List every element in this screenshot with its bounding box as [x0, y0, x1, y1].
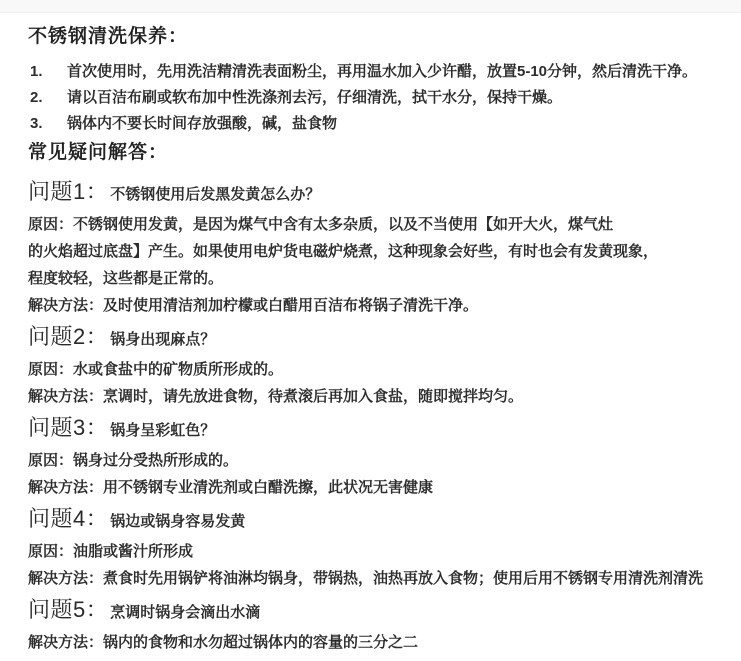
faq-cause-line: 程度较轻，这些都是正常的。	[28, 270, 733, 287]
care-list: 1. 首次使用时，先用洗洁精清洗表面粉尘，再用温水加入少许醋，放置5-10分钟，…	[30, 63, 733, 132]
faq-cause-line: 原因：水或食盐中的矿物质所形成的。	[28, 361, 733, 378]
faq-question-text: 烹调时锅身会滴出水滴	[110, 604, 260, 621]
faq-question-line: 问题3：锅身呈彩虹色？	[28, 415, 733, 444]
faq-question-line: 问题1：不锈钢使用后发黑发黄怎么办？	[28, 179, 733, 208]
care-section-title: 不锈钢清洗保养：	[28, 25, 733, 49]
faq-solution-line: 解决方法：烹调时，请先放进食物，待煮滚后再加入食盐，随即搅拌均匀。	[28, 388, 733, 405]
faq-solution-line: 解决方法：用不锈钢专业清洗剂或白醋洗擦，此状况无害健康	[28, 479, 733, 496]
faq-question-label: 问题4：	[28, 506, 108, 531]
faq-item-3: 问题3：锅身呈彩虹色？ 原因：锅身过分受热所形成的。 解决方法：用不锈钢专业清洗…	[28, 415, 733, 496]
faq-cause-line: 原因：锅身过分受热所形成的。	[28, 452, 733, 469]
faq-section-title: 常见疑问解答：	[28, 141, 733, 165]
faq-question-label: 问题5：	[28, 597, 108, 622]
faq-question-text: 锅边或锅身容易发黄	[110, 513, 245, 530]
faq-solution-line: 解决方法：及时使用清洁剂加柠檬或白醋用百洁布将锅子清洗干净。	[28, 297, 733, 314]
faq-question-text: 不锈钢使用后发黑发黄怎么办？	[110, 186, 320, 203]
care-item-number: 2.	[30, 89, 67, 106]
faq-item-5: 问题5：烹调时锅身会滴出水滴 解决方法：锅内的食物和水勿超过锅体内的容量的三分之…	[28, 597, 733, 651]
faq-question-line: 问题2：锅身出现麻点？	[28, 324, 733, 353]
content-area: 不锈钢清洗保养： 1. 首次使用时，先用洗洁精清洗表面粉尘，再用温水加入少许醋，…	[0, 13, 741, 651]
care-item-1: 1. 首次使用时，先用洗洁精清洗表面粉尘，再用温水加入少许醋，放置5-10分钟，…	[30, 63, 733, 80]
faq-question-label: 问题2：	[28, 324, 108, 349]
faq-question-text: 锅身呈彩虹色？	[110, 422, 215, 439]
faq-solution-line: 解决方法：煮食时先用锅铲将油淋均锅身，带锅热，油热再放入食物；使用后用不锈钢专用…	[28, 570, 733, 587]
faq-cause-line: 原因：不锈钢使用发黄，是因为煤气中含有太多杂质，以及不当使用【如开大火，煤气灶	[28, 216, 733, 233]
care-item-number: 1.	[30, 63, 67, 80]
faq-question-label: 问题1：	[28, 179, 108, 204]
care-item-text: 请以百洁布刷或软布加中性洗涤剂去污，仔细清洗，拭干水分，保持干燥。	[67, 89, 733, 106]
faq-question-label: 问题3：	[28, 415, 108, 440]
care-item-2: 2. 请以百洁布刷或软布加中性洗涤剂去污，仔细清洗，拭干水分，保持干燥。	[30, 89, 733, 106]
care-item-text: 锅体内不要长时间存放强酸，碱，盐食物	[67, 115, 733, 132]
care-item-text: 首次使用时，先用洗洁精清洗表面粉尘，再用温水加入少许醋，放置5-10分钟，然后清…	[67, 63, 733, 80]
care-item-3: 3. 锅体内不要长时间存放强酸，碱，盐食物	[30, 115, 733, 132]
product-care-document: 不锈钢清洗保养： 1. 首次使用时，先用洗洁精清洗表面粉尘，再用温水加入少许醋，…	[0, 0, 741, 651]
faq-solution-line: 解决方法：锅内的食物和水勿超过锅体内的容量的三分之二	[28, 634, 733, 651]
faq-cause-line: 的火焰超过底盘】产生。如果使用电炉货电磁炉烧煮，这种现象会好些，有时也会有发黄现…	[28, 243, 733, 260]
faq-question-text: 锅身出现麻点？	[110, 331, 215, 348]
faq-item-2: 问题2：锅身出现麻点？ 原因：水或食盐中的矿物质所形成的。 解决方法：烹调时，请…	[28, 324, 733, 405]
top-bar	[0, 0, 741, 13]
care-item-number: 3.	[30, 115, 67, 132]
faq-question-line: 问题4：锅边或锅身容易发黄	[28, 506, 733, 535]
faq-cause-line: 原因：油脂或酱汁所形成	[28, 543, 733, 560]
faq-item-4: 问题4：锅边或锅身容易发黄 原因：油脂或酱汁所形成 解决方法：煮食时先用锅铲将油…	[28, 506, 733, 587]
faq-item-1: 问题1：不锈钢使用后发黑发黄怎么办？ 原因：不锈钢使用发黄，是因为煤气中含有太多…	[28, 179, 733, 314]
faq-question-line: 问题5：烹调时锅身会滴出水滴	[28, 597, 733, 626]
